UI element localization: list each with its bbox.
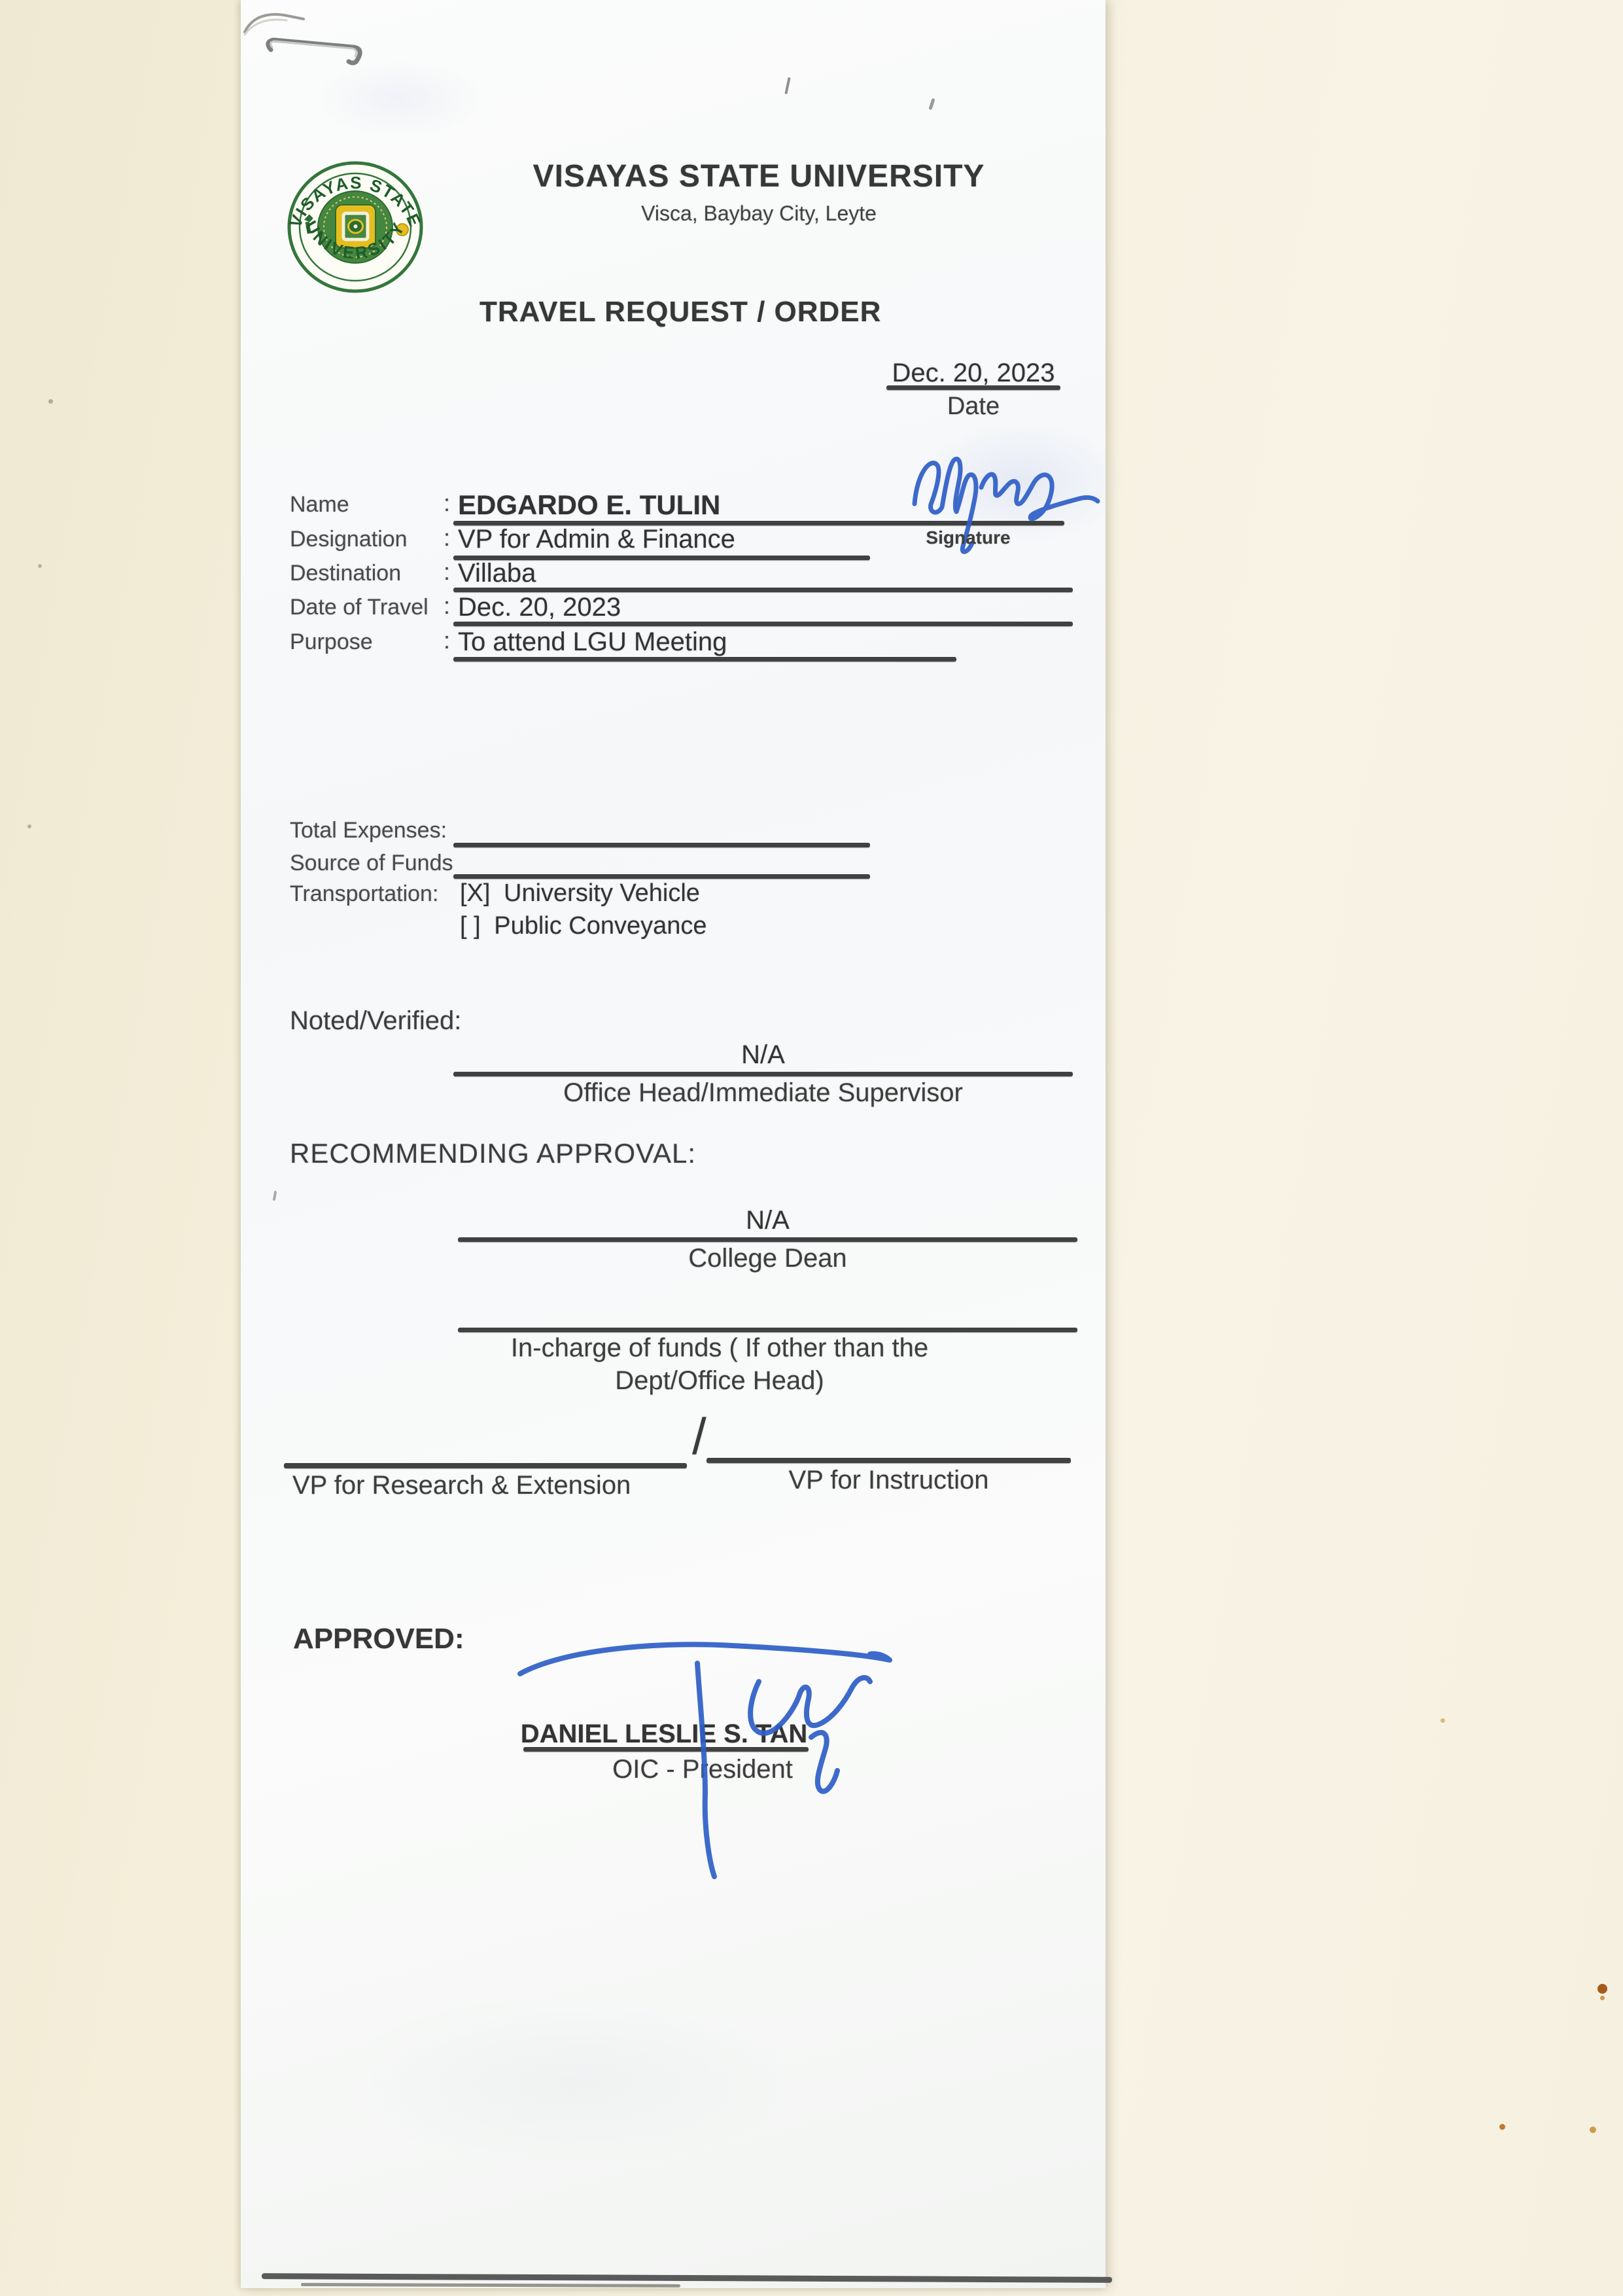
form-title: TRAVEL REQUEST / ORDER	[480, 296, 881, 328]
transport-option-label: University Vehicle	[504, 879, 700, 907]
field-colon: :	[444, 524, 450, 552]
field-value-name: EDGARDO E. TULIN	[458, 489, 720, 521]
field-label-name: Name	[290, 492, 349, 518]
in-charge-signature-line	[458, 1328, 1077, 1332]
approver-signature-ink	[366, 1610, 890, 1898]
transport-option-public-conveyance: [ ] Public Conveyance	[460, 912, 707, 940]
noted-signature-line	[453, 1072, 1073, 1076]
field-label-date-of-travel: Date of Travel	[290, 595, 428, 620]
transportation-label: Transportation:	[290, 881, 438, 907]
date-underline	[886, 385, 1060, 390]
field-underline-purpose	[453, 657, 956, 662]
total-expenses-underline	[453, 843, 870, 847]
date-value: Dec. 20, 2023	[886, 359, 1060, 388]
background-speck	[1499, 2124, 1505, 2130]
field-label-destination: Destination	[290, 561, 401, 586]
noted-value: N/A	[453, 1040, 1073, 1070]
university-name: VISAYAS STATE UNIVERSITY	[432, 158, 1086, 194]
in-charge-label-line1: In-charge of funds ( If other than the	[458, 1333, 981, 1363]
vp-instruction-line	[707, 1458, 1071, 1463]
vp-instruction-label: VP for Instruction	[707, 1466, 1071, 1495]
checkbox-university-vehicle: [X]	[460, 879, 490, 907]
dean-signature-line	[458, 1237, 1077, 1242]
transport-option-label: Public Conveyance	[494, 912, 707, 940]
checkbox-public-conveyance: [ ]	[460, 912, 481, 940]
dean-value: N/A	[458, 1206, 1077, 1235]
field-value-purpose: To attend LGU Meeting	[458, 627, 727, 657]
field-label-designation: Designation	[290, 527, 408, 552]
background-speck	[38, 564, 42, 568]
noted-verified-heading: Noted/Verified:	[290, 1006, 461, 1036]
requester-signature-ink	[877, 425, 1132, 615]
source-of-funds-underline	[453, 874, 870, 879]
signature-label: Signature	[890, 527, 1047, 548]
background-speck	[1590, 2127, 1596, 2133]
staple-icon	[260, 31, 375, 71]
date-label: Date	[886, 393, 1060, 421]
office-head-label: Office Head/Immediate Supervisor	[453, 1078, 1073, 1108]
field-underline-date-of-travel	[453, 622, 1073, 626]
college-dean-label: College Dean	[458, 1244, 1077, 1273]
field-value-date-of-travel: Dec. 20, 2023	[458, 593, 621, 622]
field-value-designation: VP for Admin & Finance	[458, 525, 735, 554]
field-colon: :	[444, 592, 450, 620]
source-of-funds-label: Source of Funds	[290, 851, 453, 876]
university-seal: VISAYAS STATE UNIVERSITY	[286, 159, 425, 295]
background-speck	[1597, 1984, 1607, 1994]
field-colon: :	[444, 489, 450, 517]
total-expenses-label: Total Expenses:	[290, 818, 447, 843]
background-speck	[27, 824, 31, 828]
field-label-purpose: Purpose	[290, 629, 373, 655]
background-speck	[48, 399, 53, 404]
vp-research-label: VP for Research & Extension	[292, 1471, 631, 1500]
slash-separator: /	[692, 1407, 707, 1466]
field-value-destination: Villaba	[458, 559, 536, 588]
university-address: Visca, Baybay City, Leyte	[432, 202, 1086, 226]
field-colon: :	[444, 627, 450, 654]
vp-research-line	[284, 1463, 687, 1468]
field-colon: :	[444, 558, 450, 586]
transport-option-university-vehicle: [X] University Vehicle	[460, 879, 700, 908]
scanned-travel-order-document: { "page": { "background_color": "#f4eeda…	[0, 0, 1623, 2296]
background-speck	[1440, 1718, 1445, 1723]
recommending-approval-heading: RECOMMENDING APPROVAL:	[290, 1138, 696, 1169]
in-charge-label-line2: Dept/Office Head)	[458, 1366, 981, 1396]
